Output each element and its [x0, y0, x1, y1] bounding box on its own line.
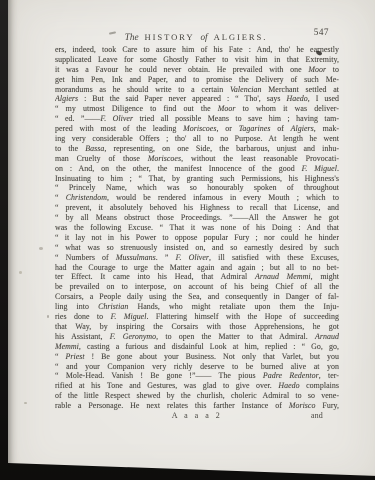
text-line: to the Bassa, representing, on one Side,…	[55, 144, 339, 154]
text-block: ers, indeed, took Care to assure him of …	[55, 45, 339, 411]
text-line: supplicated Leave for some Ghostly Fathe…	[55, 55, 339, 65]
text-line: ter Effect. It came into his Head, that …	[55, 272, 339, 282]
catchword: and	[311, 411, 323, 421]
text-line: on : And, on the other, the manifest Inn…	[55, 164, 339, 174]
text-line: was the following Excuse. “ That it was …	[55, 223, 339, 233]
text-line: of the little Respect shewed by the chur…	[55, 391, 339, 401]
text-line: man Cruelty of those Moriscoes, without …	[55, 154, 339, 164]
book-page: The HISTORY of ALGIERS. 547 ers, indeed,…	[8, 0, 375, 480]
running-title-algiers: ALGIERS.	[214, 32, 268, 42]
text-line: “ and your Companion very richly deserve…	[55, 362, 339, 372]
text-line: “ ed. ”——F. Oliver tried all possible Me…	[55, 114, 339, 124]
text-line: “ Mole-Head. Vanish ! Be gone !”—— The p…	[55, 371, 339, 381]
text-line: be prevailed on to interpose, on account…	[55, 282, 339, 292]
text-line: ries done to F. Miguel. Flattering himse…	[55, 312, 339, 322]
text-line: “ prevent, it absolutely behoved his Hig…	[55, 203, 339, 213]
text-line: “ it lay not in his Power to oppose popu…	[55, 233, 339, 243]
text-line: “ Christendom, would be rendered infamou…	[55, 193, 339, 203]
ink-speck	[19, 271, 22, 274]
ink-speck	[47, 315, 49, 318]
ink-speck	[24, 402, 27, 404]
scan-background: The HISTORY of ALGIERS. 547 ers, indeed,…	[0, 0, 375, 480]
text-line: had the Courage to urge the Matter again…	[55, 263, 339, 273]
text-line: Memmi, casting a furious and disdainful …	[55, 342, 339, 352]
text-line: ling into Christian Hands, who might ret…	[55, 302, 339, 312]
text-line: “ what was so strenuously insisted on, a…	[55, 243, 339, 253]
text-line: morandums as he should write to a certai…	[55, 85, 339, 95]
signature-line: A a a a 2 and	[55, 411, 339, 421]
text-line: it was a Favour he could never obtain. H…	[55, 65, 339, 75]
running-title-the: The	[125, 32, 139, 42]
text-line: rified at his Tone and Gestures, was gla…	[55, 381, 339, 391]
text-line: “ Numbers of Mussulmans. ” F. Oliver, il…	[55, 253, 339, 263]
text-line: ing very considerable Offers ; tho' all …	[55, 134, 339, 144]
text-line: that Way, by inspiring the Corsairs with…	[55, 322, 339, 332]
ink-speck	[39, 247, 43, 250]
text-line: Algiers : But the said Paper never appea…	[55, 94, 339, 104]
text-line: Corsairs, a People daily using the Sea, …	[55, 292, 339, 302]
text-line: “ my utmost Diligence to find out the Mo…	[55, 104, 339, 114]
text-line: his Assistant, F. Geronymo, to open the …	[55, 332, 339, 342]
running-header: The HISTORY of ALGIERS. 547	[55, 27, 339, 39]
text-line: rable a Personage. He next relates this …	[55, 401, 339, 411]
text-line: “ Priest ! Be gone about your Business. …	[55, 352, 339, 362]
signature-mark: A a a a 2	[172, 411, 223, 420]
text-line: get him Pen, Ink and Paper, and to promi…	[55, 75, 339, 85]
running-title-history: HISTORY	[145, 32, 195, 42]
text-line: pered with most of the leading Moriscoes…	[55, 124, 339, 134]
running-title-of: of	[200, 32, 207, 42]
text-line: “ by all Means obstruct those Proceeding…	[55, 213, 339, 223]
text-line: ers, indeed, took Care to assure him of …	[55, 45, 339, 55]
page-number: 547	[314, 27, 329, 37]
text-line: “ Princely Name, which was so honourably…	[55, 183, 339, 193]
text-line: Insinuating to him ; “ That, by granting…	[55, 174, 339, 184]
